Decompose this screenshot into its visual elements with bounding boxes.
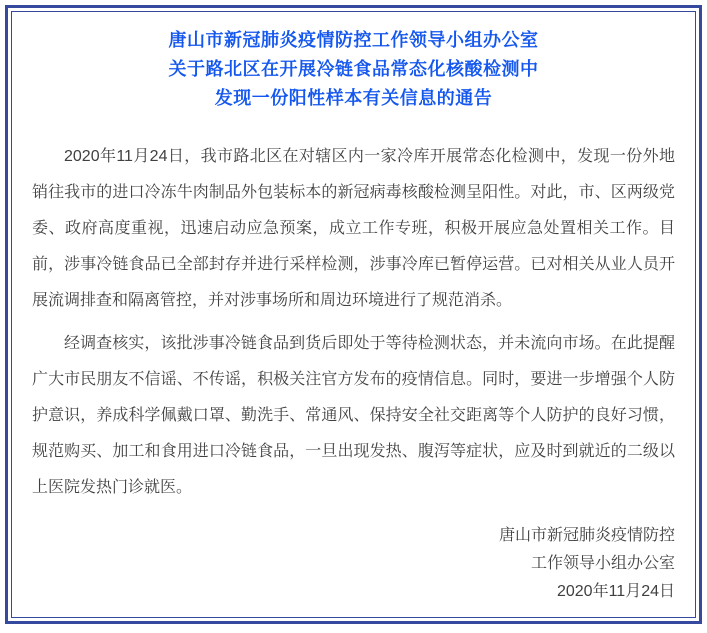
notice-title: 唐山市新冠肺炎疫情防控工作领导小组办公室 关于路北区在开展冷链食品常态化核酸检测… <box>32 26 675 113</box>
notice-title-line-2: 关于路北区在开展冷链食品常态化核酸检测中 <box>32 55 675 84</box>
notice-title-line-3: 发现一份阳性样本有关信息的通告 <box>32 84 675 113</box>
notice-paragraph-1: 2020年11月24日，我市路北区在对辖区内一家冷库开展常态化检测中，发现一份外… <box>32 139 675 319</box>
notice-title-line-1: 唐山市新冠肺炎疫情防控工作领导小组办公室 <box>32 26 675 55</box>
signature-block: 唐山市新冠肺炎疫情防控 工作领导小组办公室 2020年11月24日 <box>32 522 675 606</box>
inner-border-frame: 唐山市新冠肺炎疫情防控工作领导小组办公室 关于路北区在开展冷链食品常态化核酸检测… <box>11 11 696 618</box>
notice-paragraph-2: 经调查核实，该批涉事冷链食品到货后即处于等待检测状态，并未流向市场。在此提醒广大… <box>32 326 675 506</box>
signature-date: 2020年11月24日 <box>32 578 675 606</box>
signature-org-line-1: 唐山市新冠肺炎疫情防控 <box>32 522 675 550</box>
signature-org-line-2: 工作领导小组办公室 <box>32 550 675 578</box>
outer-border-frame: 唐山市新冠肺炎疫情防控工作领导小组办公室 关于路北区在开展冷链食品常态化核酸检测… <box>5 5 702 624</box>
